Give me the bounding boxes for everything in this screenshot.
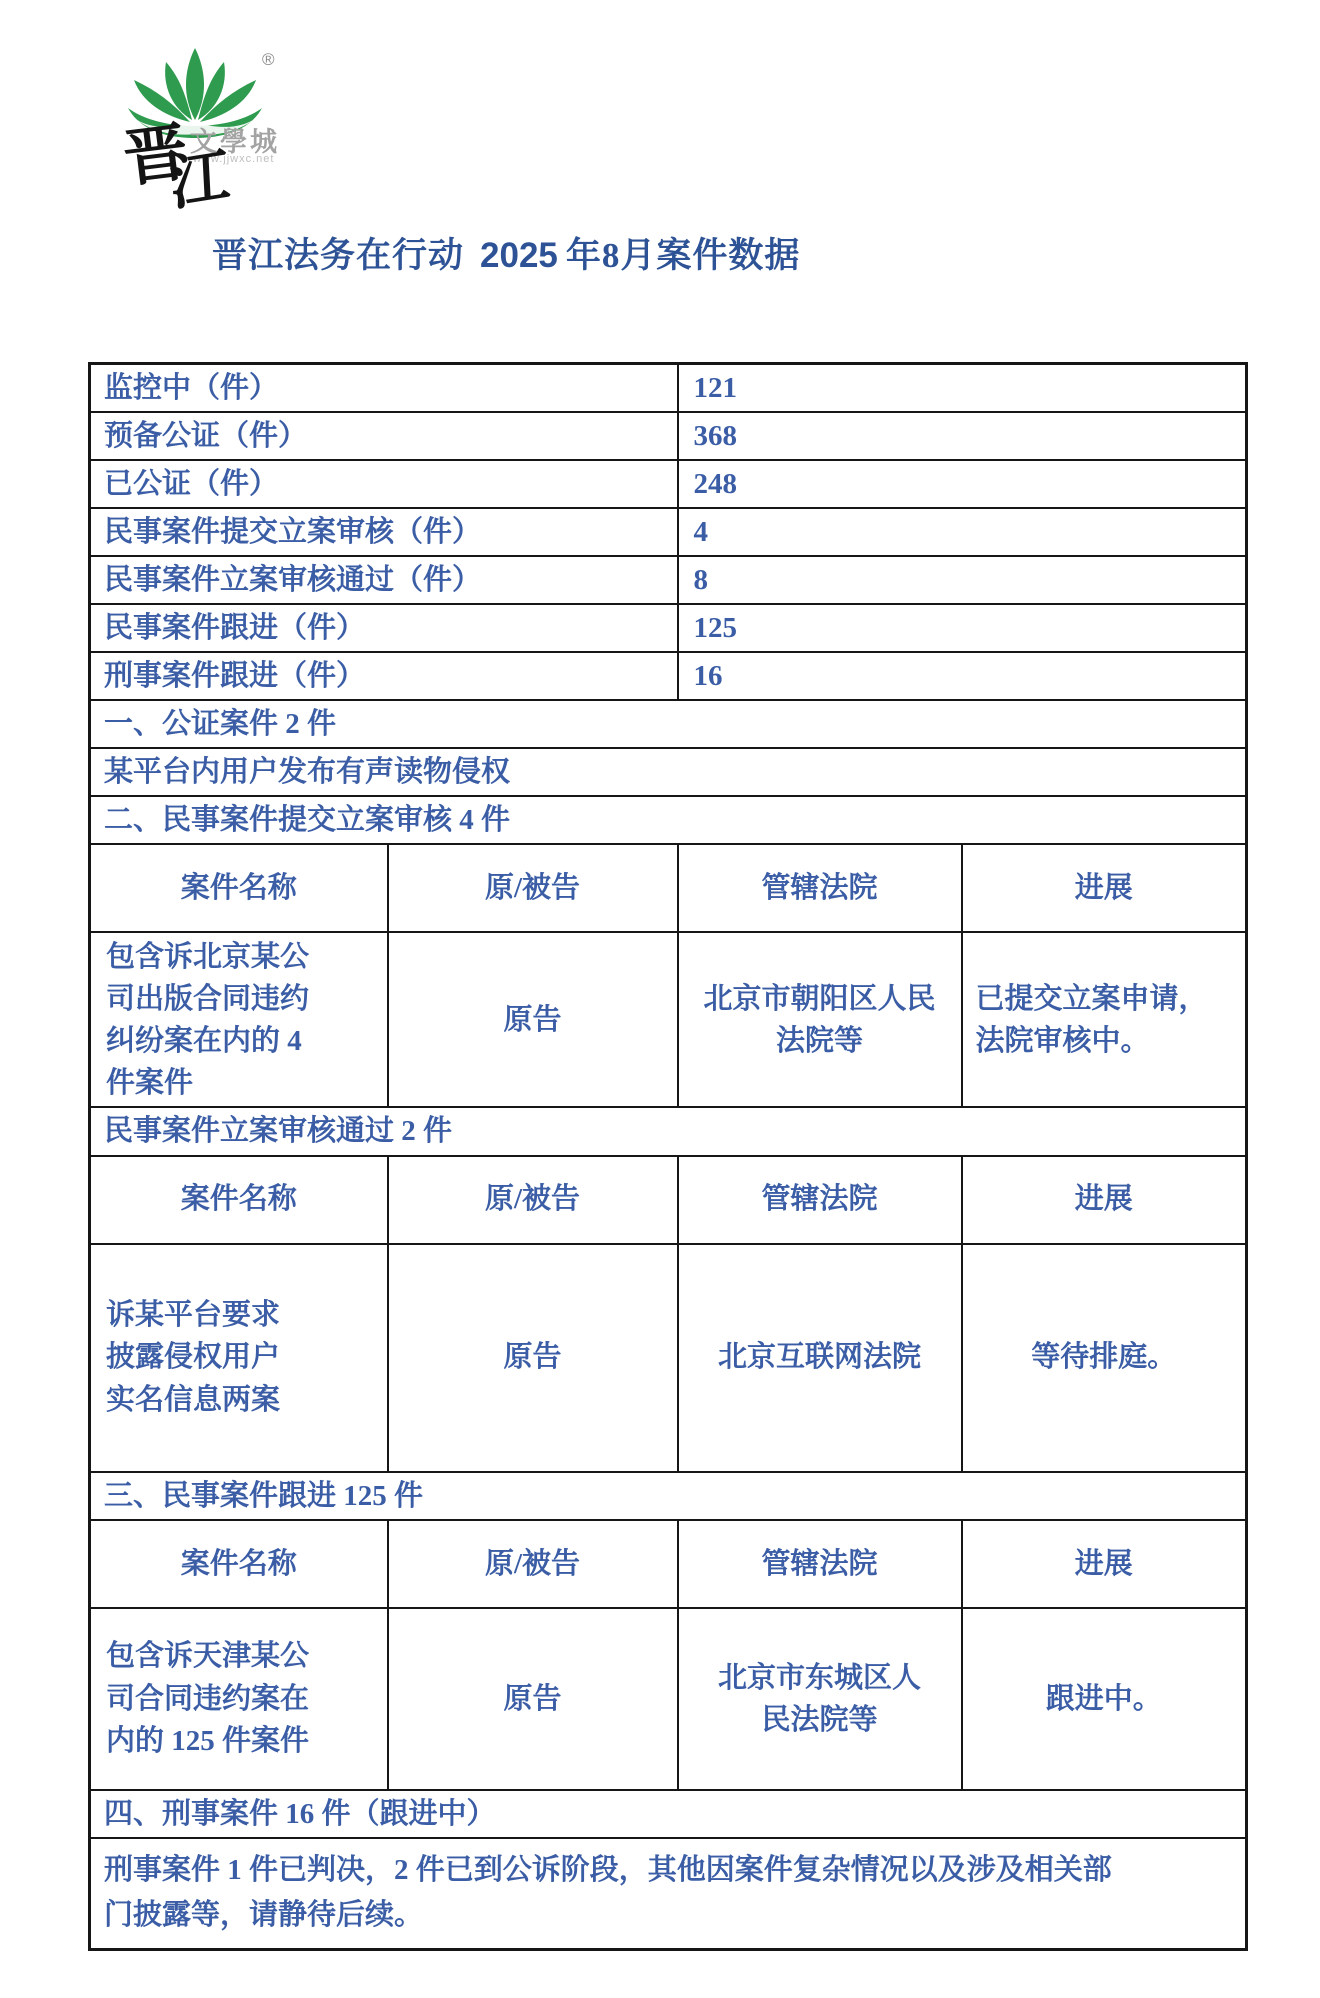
header-case-name: 案件名称: [90, 1520, 388, 1608]
case-row: 诉某平台要求 披露侵权用户 实名信息两案 原告 北京互联网法院 等待排庭。: [90, 1244, 1247, 1472]
section4-title: 四、刑事案件 16 件（跟进中）: [90, 1790, 1247, 1838]
case-progress: 已提交立案申请， 法院审核中。: [962, 932, 1247, 1107]
summary-label: 监控中（件）: [90, 364, 678, 413]
case-party: 原告: [388, 1608, 678, 1790]
summary-row: 刑事案件跟进（件） 16: [90, 652, 1247, 700]
case-header-row: 案件名称 原/被告 管辖法院 进展: [90, 1520, 1247, 1608]
case-court: 北京互联网法院: [678, 1244, 962, 1472]
case-name: 包含诉天津某公 司合同违约案在 内的 125 件案件: [90, 1608, 388, 1790]
summary-row: 民事案件立案审核通过（件） 8: [90, 556, 1247, 604]
cases-table: 监控中（件） 121 预备公证（件） 368 已公证（件） 248 民事案件提交…: [88, 362, 1248, 1951]
case-header-row: 案件名称 原/被告 管辖法院 进展: [90, 844, 1247, 932]
section3-title-row: 三、民事案件跟进 125 件: [90, 1472, 1247, 1520]
case-row: 包含诉天津某公 司合同违约案在 内的 125 件案件 原告 北京市东城区人 民法…: [90, 1608, 1247, 1790]
header-party: 原/被告: [388, 844, 678, 932]
header-progress: 进展: [962, 1520, 1247, 1608]
summary-label: 刑事案件跟进（件）: [90, 652, 678, 700]
header-party: 原/被告: [388, 1156, 678, 1244]
jjwxc-logo: ® 文學城 www.jjwxc.net 晋 江: [90, 32, 330, 212]
summary-value: 125: [678, 604, 1247, 652]
summary-value: 4: [678, 508, 1247, 556]
header-case-name: 案件名称: [90, 1156, 388, 1244]
header-court: 管辖法院: [678, 844, 962, 932]
summary-label: 民事案件跟进（件）: [90, 604, 678, 652]
summary-value: 121: [678, 364, 1247, 413]
section2-title: 二、民事案件提交立案审核 4 件: [90, 796, 1247, 844]
section4-note-row: 刑事案件 1 件已判决，2 件已到公诉阶段，其他因案件复杂情况以及涉及相关部 门…: [90, 1838, 1247, 1950]
summary-label: 民事案件立案审核通过（件）: [90, 556, 678, 604]
summary-row: 民事案件跟进（件） 125: [90, 604, 1247, 652]
section1-title: 一、公证案件 2 件: [90, 700, 1247, 748]
summary-label: 预备公证（件）: [90, 412, 678, 460]
header-progress: 进展: [962, 844, 1247, 932]
case-court: 北京市朝阳区人民 法院等: [678, 932, 962, 1107]
summary-row: 已公证（件） 248: [90, 460, 1247, 508]
case-name: 包含诉北京某公 司出版合同违约 纠纷案在内的 4 件案件: [90, 932, 388, 1107]
section2b-title: 民事案件立案审核通过 2 件: [90, 1107, 1247, 1155]
header-court: 管辖法院: [678, 1156, 962, 1244]
summary-label: 民事案件提交立案审核（件）: [90, 508, 678, 556]
header-progress: 进展: [962, 1156, 1247, 1244]
summary-label: 已公证（件）: [90, 460, 678, 508]
case-row: 包含诉北京某公 司出版合同违约 纠纷案在内的 4 件案件 原告 北京市朝阳区人民…: [90, 932, 1247, 1107]
summary-value: 8: [678, 556, 1247, 604]
section4-note: 刑事案件 1 件已判决，2 件已到公诉阶段，其他因案件复杂情况以及涉及相关部 门…: [90, 1838, 1247, 1950]
header-party: 原/被告: [388, 1520, 678, 1608]
case-party: 原告: [388, 1244, 678, 1472]
logo-calligraphy-jiang: 江: [169, 145, 231, 215]
registered-mark: ®: [262, 50, 275, 70]
case-court: 北京市东城区人 民法院等: [678, 1608, 962, 1790]
title-year: 2025: [480, 236, 558, 275]
summary-value: 248: [678, 460, 1247, 508]
header-case-name: 案件名称: [90, 844, 388, 932]
section3-title: 三、民事案件跟进 125 件: [90, 1472, 1247, 1520]
summary-value: 16: [678, 652, 1247, 700]
section2-title-row: 二、民事案件提交立案审核 4 件: [90, 796, 1247, 844]
case-name: 诉某平台要求 披露侵权用户 实名信息两案: [90, 1244, 388, 1472]
section4-title-row: 四、刑事案件 16 件（跟进中）: [90, 1790, 1247, 1838]
summary-row: 预备公证（件） 368: [90, 412, 1247, 460]
title-suffix: 年8月案件数据: [566, 236, 801, 275]
section2b-title-row: 民事案件立案审核通过 2 件: [90, 1107, 1247, 1155]
header-court: 管辖法院: [678, 1520, 962, 1608]
case-progress: 跟进中。: [962, 1608, 1247, 1790]
title-text: 晋江法务在行动: [212, 236, 464, 275]
page-title: 晋江法务在行动2025年8月案件数据: [212, 228, 800, 278]
page: ® 文學城 www.jjwxc.net 晋 江 晋江法务在行动2025年8月案件…: [0, 0, 1320, 1998]
case-progress: 等待排庭。: [962, 1244, 1247, 1472]
summary-row: 民事案件提交立案审核（件） 4: [90, 508, 1247, 556]
section1-note: 某平台内用户发布有声读物侵权: [90, 748, 1247, 796]
section1-note-row: 某平台内用户发布有声读物侵权: [90, 748, 1247, 796]
section1-title-row: 一、公证案件 2 件: [90, 700, 1247, 748]
summary-row: 监控中（件） 121: [90, 364, 1247, 413]
case-header-row: 案件名称 原/被告 管辖法院 进展: [90, 1156, 1247, 1244]
summary-value: 368: [678, 412, 1247, 460]
case-party: 原告: [388, 932, 678, 1107]
